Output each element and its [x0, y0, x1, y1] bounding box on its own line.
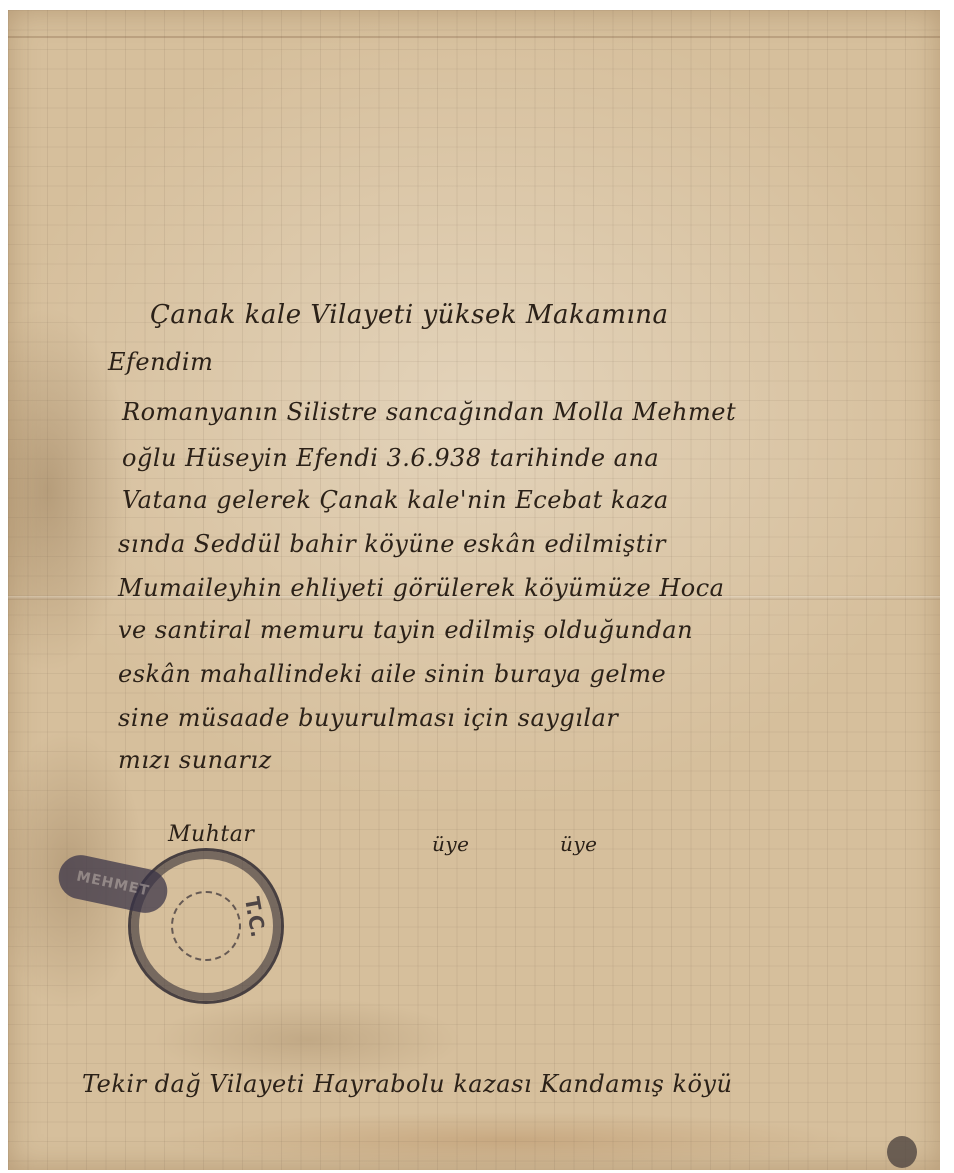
body-line: Romanyanın Silistre sancağından Molla Me… [122, 398, 736, 426]
stamp-round-text: T.C. [240, 895, 271, 939]
member-signature-label-2: üye [560, 832, 598, 856]
body-line: oğlu Hüseyin Efendi 3.6.938 tarihinde an… [122, 444, 659, 472]
letter-heading: Çanak kale Vilayeti yüksek Makamına [150, 300, 668, 330]
body-line: Mumaileyhin ehliyeti görülerek köyümüze … [118, 574, 724, 602]
muhtar-signature-label: Muhtar [168, 822, 254, 847]
top-fold-line [8, 36, 940, 38]
member-signature-label-1: üye [432, 832, 470, 856]
body-line: mızı sunarız [118, 746, 272, 774]
body-line: eskân mahallindeki aile sinin buraya gel… [118, 660, 666, 688]
crescent-star-emblem-icon [171, 891, 241, 961]
body-line: ve santiral memuru tayin edilmiş olduğun… [118, 616, 693, 644]
body-line: sında Seddül bahir köyüne eskân edilmişt… [118, 530, 666, 558]
footer-address: Tekir dağ Vilayeti Hayrabolu kazası Kand… [82, 1070, 732, 1098]
ink-blot [887, 1136, 917, 1168]
body-line: Vatana gelerek Çanak kale'nin Ecebat kaz… [122, 486, 669, 514]
salutation: Efendim [108, 348, 213, 376]
body-line: sine müsaade buyurulması için saygılar [118, 704, 618, 732]
